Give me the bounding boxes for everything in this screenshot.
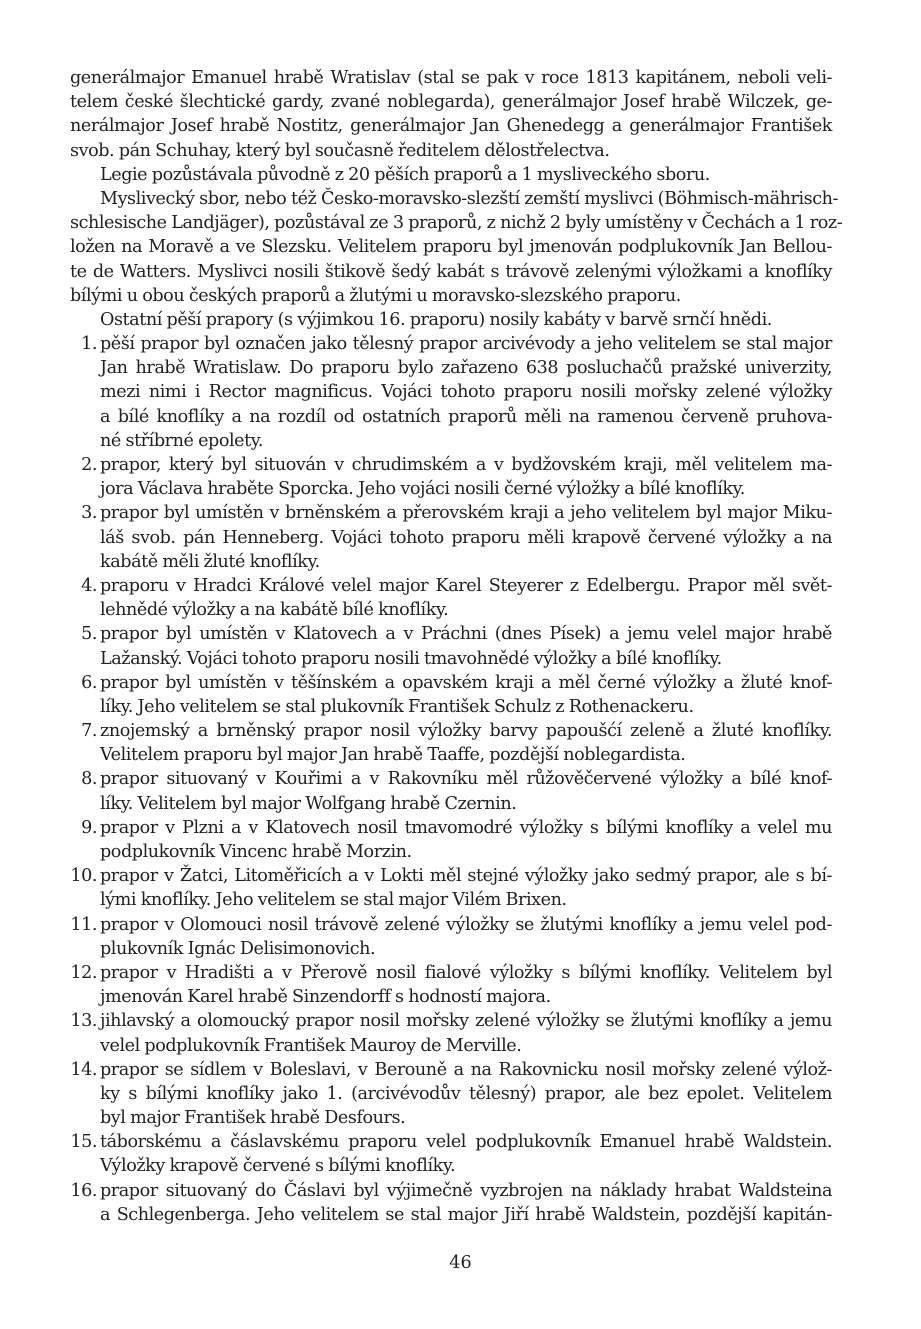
page-number: 46 xyxy=(0,1253,921,1273)
list-number: 11. xyxy=(70,913,97,937)
list-number: 6. xyxy=(70,671,97,695)
list-number: 9. xyxy=(70,816,97,840)
text-line: prapor byl umístěn v Klatovech a v Prách… xyxy=(100,622,832,646)
battalion-item-10: 10. prapor v Žatci, Litoměřicích a v Lok… xyxy=(70,864,832,912)
battalion-item-14: 14. prapor se sídlem v Boleslavi, v Bero… xyxy=(70,1058,832,1131)
text-line: telem české šlechtické gardy, zvané nobl… xyxy=(70,90,832,114)
list-number: 7. xyxy=(70,719,97,743)
text-line: prapor v Plzni a v Klatovech nosil tmavo… xyxy=(100,816,832,840)
battalion-item-13: 13. jihlavský a olomoucký prapor nosil m… xyxy=(70,1009,832,1057)
intro-paragraph: generálmajor Emanuel hrabě Wratislav (st… xyxy=(70,66,832,163)
text-line: jihlavský a olomoucký prapor nosil mořsk… xyxy=(100,1009,832,1033)
text-line: jora Václava hraběte Sporcka. Jeho vojác… xyxy=(100,477,832,501)
list-number: 5. xyxy=(70,622,97,646)
list-number: 16. xyxy=(70,1179,97,1203)
text-line: Legie pozůstávala původně z 20 pěších pr… xyxy=(70,163,832,187)
battalion-item-9: 9. prapor v Plzni a v Klatovech nosil tm… xyxy=(70,816,832,864)
text-line: prapor, který byl situován v chrudimském… xyxy=(100,453,832,477)
text-line: velel podplukovník František Mauroy de M… xyxy=(100,1034,832,1058)
text-line: bílými u obou českých praporů a žlutými … xyxy=(70,284,832,308)
text-line: prapor v Hradišti a v Přerově nosil fial… xyxy=(100,961,832,985)
list-number: 10. xyxy=(70,864,97,888)
text-line: Velitelem praporu byl major Jan hrabě Ta… xyxy=(100,743,832,767)
list-number: 13. xyxy=(70,1009,97,1033)
list-number: 4. xyxy=(70,574,97,598)
text-line: táborskému a čáslavskému praporu velel p… xyxy=(100,1130,832,1154)
text-line: prapor se sídlem v Boleslavi, v Berouně … xyxy=(100,1058,832,1082)
battalion-item-16: 16. prapor situovaný do Čáslavi byl výji… xyxy=(70,1179,832,1227)
text-line: Myslivecký sbor, nebo též Česko-moravsko… xyxy=(70,187,832,211)
text-line: prapor situovaný v Kouřimi a v Rakovníku… xyxy=(100,767,832,791)
list-number: 3. xyxy=(70,501,97,525)
battalion-list: 1. pěší prapor byl označen jako tělesný … xyxy=(70,332,832,1227)
battalion-item-12: 12. prapor v Hradišti a v Přerově nosil … xyxy=(70,961,832,1009)
text-line: a bílé knoflíky a na rozdíl od ostatních… xyxy=(100,405,832,429)
text-line: prapor v Olomouci nosil trávově zelené v… xyxy=(100,913,832,937)
text-line: líky. Jeho velitelem se stal plukovník F… xyxy=(100,695,832,719)
text-line: láš svob. pán Henneberg. Vojáci tohoto p… xyxy=(100,526,832,550)
battalion-item-6: 6. prapor byl umístěn v těšínském a opav… xyxy=(70,671,832,719)
text-line: lými knoflíky. Jeho velitelem se stal ma… xyxy=(100,888,832,912)
list-number: 14. xyxy=(70,1058,97,1082)
hunters-paragraph: Myslivecký sbor, nebo též Česko-moravsko… xyxy=(70,187,832,308)
battalion-item-2: 2. prapor, který byl situován v chrudims… xyxy=(70,453,832,501)
text-line: Jan hrabě Wratislaw. Do praporu bylo zař… xyxy=(100,356,832,380)
list-number: 8. xyxy=(70,767,97,791)
text-line: praporu v Hradci Králové velel major Kar… xyxy=(100,574,832,598)
text-line: nerálmajor Josef hrabě Nostitz, generálm… xyxy=(70,114,832,138)
list-number: 12. xyxy=(70,961,97,985)
text-line: te de Watters. Myslivci nosili štikově š… xyxy=(70,260,832,284)
battalion-item-1: 1. pěší prapor byl označen jako tělesný … xyxy=(70,332,832,453)
battalion-item-15: 15. táborskému a čáslavskému praporu vel… xyxy=(70,1130,832,1178)
text-line: svob. pán Schuhay, který byl současně ře… xyxy=(70,139,832,163)
text-line: líky. Velitelem byl major Wolfgang hrabě… xyxy=(100,792,832,816)
text-line: né stříbrné epolety. xyxy=(100,429,832,453)
text-line: prapor byl umístěn v brněnském a přerovs… xyxy=(100,501,832,525)
text-line: ky s bílými knoflíky jako 1. (arcivévodů… xyxy=(100,1082,832,1106)
text-line: znojemský a brněnský prapor nosil výložk… xyxy=(100,719,832,743)
others-paragraph: Ostatní pěší prapory (s výjimkou 16. pra… xyxy=(70,308,832,332)
text-line: podplukovník Vincenc hrabě Morzin. xyxy=(100,840,832,864)
text-line: jmenován Karel hrabě Sinzendorff s hodno… xyxy=(100,985,832,1009)
battalion-item-3: 3. prapor byl umístěn v brněnském a přer… xyxy=(70,501,832,574)
list-number: 2. xyxy=(70,453,97,477)
text-line: prapor byl umístěn v těšínském a opavské… xyxy=(100,671,832,695)
text-line: pěší prapor byl označen jako tělesný pra… xyxy=(100,332,832,356)
battalion-item-7: 7. znojemský a brněnský prapor nosil výl… xyxy=(70,719,832,767)
text-line: Lažanský. Vojáci tohoto praporu nosili t… xyxy=(100,647,832,671)
text-line: ložen na Moravě a ve Slezsku. Velitelem … xyxy=(70,235,832,259)
text-line: prapor situovaný do Čáslavi byl výjimečn… xyxy=(100,1179,832,1203)
battalion-item-8: 8. prapor situovaný v Kouřimi a v Rakovn… xyxy=(70,767,832,815)
text-line: schlesische Landjäger), pozůstával ze 3 … xyxy=(70,211,832,235)
legion-paragraph: Legie pozůstávala původně z 20 pěších pr… xyxy=(70,163,832,187)
text-line: mezi nimi i Rector magnificus. Vojáci to… xyxy=(100,380,832,404)
battalion-item-5: 5. prapor byl umístěn v Klatovech a v Pr… xyxy=(70,622,832,670)
text-line: generálmajor Emanuel hrabě Wratislav (st… xyxy=(70,66,832,90)
text-line: plukovník Ignác Delisimonovich. xyxy=(100,937,832,961)
list-number: 15. xyxy=(70,1130,97,1154)
battalion-item-11: 11. prapor v Olomouci nosil trávově zele… xyxy=(70,913,832,961)
battalion-item-4: 4. praporu v Hradci Králové velel major … xyxy=(70,574,832,622)
list-number: 1. xyxy=(70,332,97,356)
text-line: kabátě měli žluté knoflíky. xyxy=(100,550,832,574)
text-line: lehnědé výložky a na kabátě bílé knoflík… xyxy=(100,598,832,622)
text-line: a Schlegenberga. Jeho velitelem se stal … xyxy=(100,1203,832,1227)
document-page: generálmajor Emanuel hrabě Wratislav (st… xyxy=(70,66,832,1227)
text-line: Výložky krapově červené s bílými knoflík… xyxy=(100,1154,832,1178)
text-line: prapor v Žatci, Litoměřicích a v Lokti m… xyxy=(100,864,832,888)
text-line: Ostatní pěší prapory (s výjimkou 16. pra… xyxy=(70,308,832,332)
text-line: byl major František hrabě Desfours. xyxy=(100,1106,832,1130)
